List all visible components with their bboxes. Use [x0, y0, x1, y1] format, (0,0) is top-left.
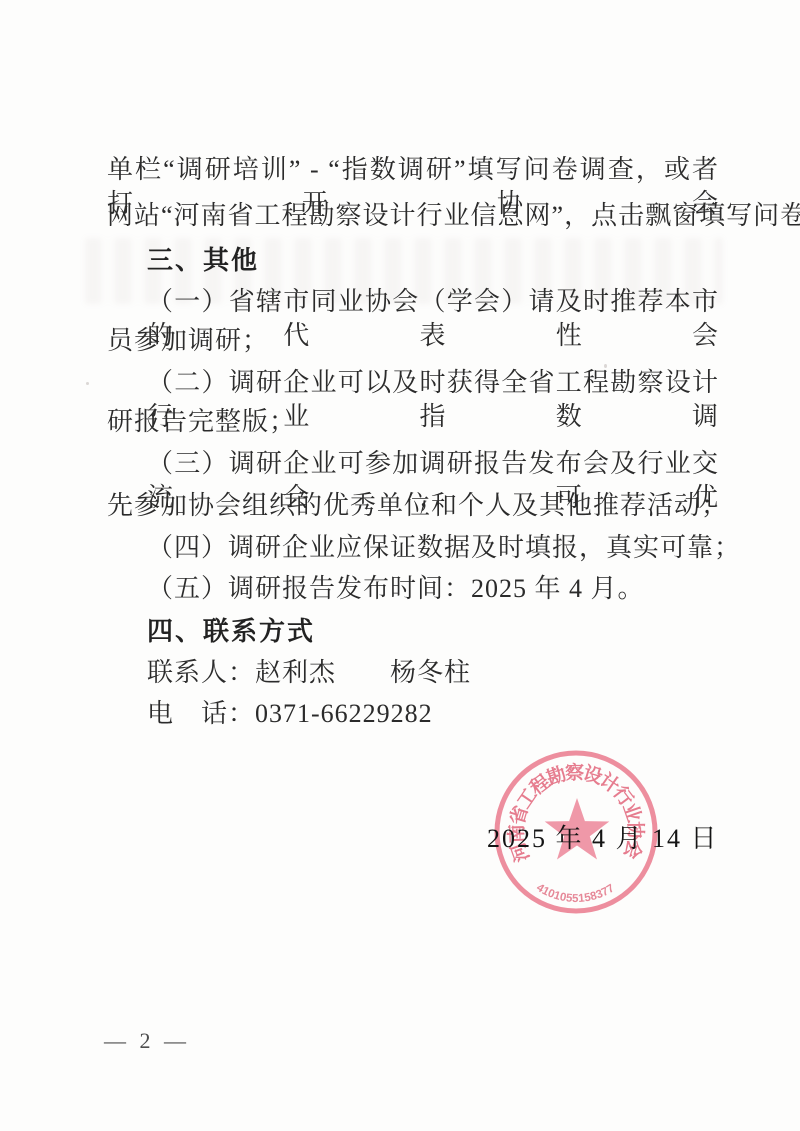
svg-text:4101055158377: 4101055158377	[534, 882, 616, 905]
contact-person-line: 联系人：赵利杰 杨冬柱	[107, 656, 719, 690]
contact-phone-line: 电 话：0371-66229282	[107, 697, 719, 731]
body-line: 网站“河南省工程勘察设计行业信息网”，点击飘窗填写问卷调查。	[107, 199, 719, 233]
issue-date: 2025 年 4 月 14 日	[487, 818, 719, 855]
page-number: — 2 —	[104, 1028, 190, 1054]
paper-speck	[86, 382, 89, 385]
body-line: 员参加调研；	[107, 324, 719, 358]
scanned-document-page: 单栏“调研培训” - “指数调研”填写问卷调查，或者打开协会 网站“河南省工程勘…	[0, 0, 800, 1131]
section-heading-contact: 四、联系方式	[107, 614, 719, 648]
body-line: （四）调研企业应保证数据及时填报，真实可靠；	[107, 531, 719, 565]
seal-code-text: 4101055158377	[534, 882, 616, 905]
body-line: 先参加协会组织的优秀单位和个人及其他推荐活动；	[107, 489, 719, 523]
body-line: （五）调研报告发布时间：2025 年 4 月。	[107, 572, 719, 606]
body-line: 研报告完整版；	[107, 405, 719, 439]
section-heading-other: 三、其他	[107, 243, 719, 277]
